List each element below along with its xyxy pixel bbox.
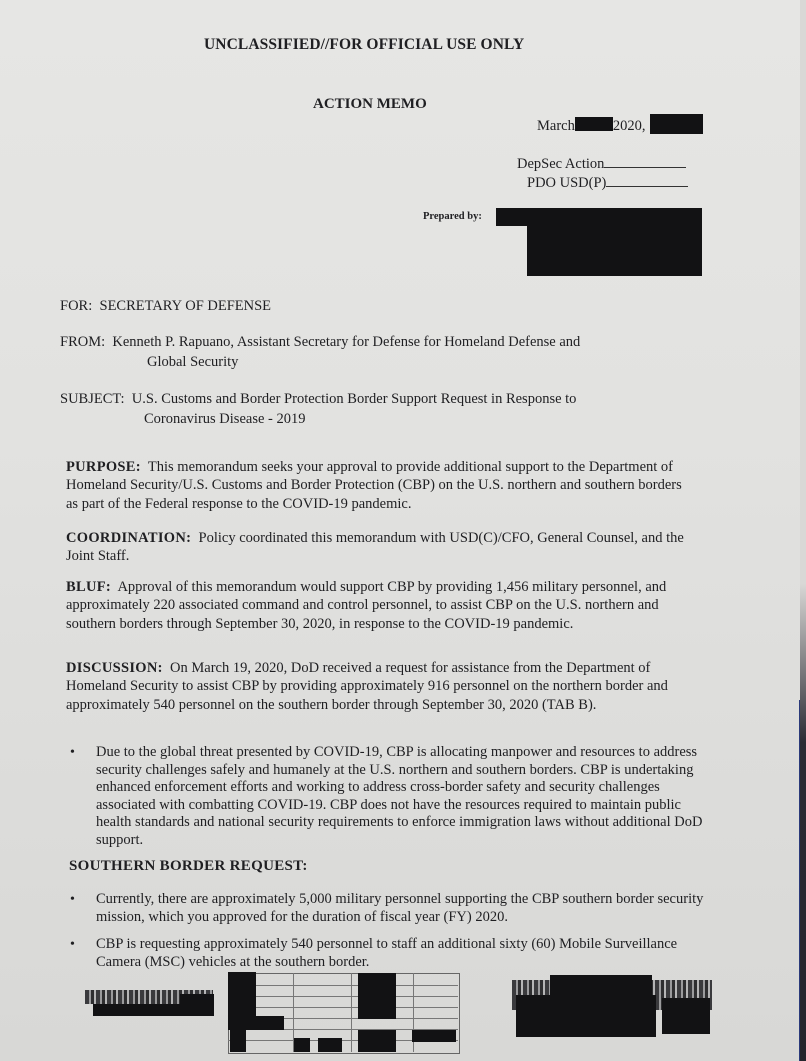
bluf-text: Approval of this memorandum would suppor…	[66, 579, 666, 632]
section-purpose: PURPOSE: This memorandum seeks your appr…	[66, 458, 686, 513]
memo-type-title: ACTION MEMO	[313, 96, 427, 113]
prepared-by-label: Prepared by:	[423, 211, 482, 222]
routing-pdo-blank	[606, 174, 688, 187]
bullet-icon: •	[70, 936, 75, 954]
date-month: March	[537, 118, 575, 134]
southern-bullet-1: • Currently, there are approximately 5,0…	[70, 891, 710, 926]
subject-line1: U.S. Customs and Border Protection Borde…	[132, 391, 577, 407]
routing-depsec-label: DepSec Action	[517, 156, 604, 172]
date-year: 2020,	[613, 118, 646, 134]
footer-redaction-left-2	[180, 994, 214, 1016]
field-for: FOR: SECRETARY OF DEFENSE	[60, 296, 271, 316]
grid-line	[228, 985, 458, 986]
field-subject: SUBJECT: U.S. Customs and Border Protect…	[60, 389, 576, 429]
footer-table-redaction	[228, 1016, 284, 1030]
grid-line	[351, 973, 352, 1052]
from-line1: Kenneth P. Rapuano, Assistant Secretary …	[112, 334, 580, 350]
prepared-by-redaction-2	[527, 224, 702, 276]
purpose-heading: PURPOSE:	[66, 459, 141, 475]
for-value: SECRETARY OF DEFENSE	[100, 298, 272, 314]
footer-table-redaction	[294, 1038, 310, 1052]
grid-line	[228, 996, 458, 997]
routing-pdo: PDO USD(P)	[527, 174, 688, 192]
from-line2: Global Security	[60, 352, 580, 372]
memo-date: March2020,	[537, 117, 645, 135]
southern-bullet-2-text: CBP is requesting approximately 540 pers…	[96, 936, 710, 971]
subject-label: SUBJECT:	[60, 391, 125, 407]
subject-line2: Coronavirus Disease - 2019	[60, 409, 576, 429]
for-label: FOR:	[60, 298, 92, 314]
field-from: FROM: Kenneth P. Rapuano, Assistant Secr…	[60, 332, 580, 372]
section-bluf: BLUF: Approval of this memorandum would …	[66, 578, 686, 633]
southern-bullet-2: • CBP is requesting approximately 540 pe…	[70, 936, 710, 971]
date-trailing-redaction	[650, 114, 703, 134]
routing-depsec: DepSec Action	[517, 155, 686, 173]
discussion-bullet-text: Due to the global threat presented by CO…	[96, 744, 710, 850]
routing-depsec-blank	[604, 155, 686, 168]
classification-marking: UNCLASSIFIED//FOR OFFICIAL USE ONLY	[204, 36, 524, 54]
section-discussion: DISCUSSION: On March 19, 2020, DoD recei…	[66, 659, 686, 714]
section-coordination: COORDINATION: Policy coordinated this me…	[66, 529, 686, 566]
footer-table-redaction	[230, 1030, 246, 1052]
southern-border-heading: SOUTHERN BORDER REQUEST:	[69, 858, 308, 875]
from-label: FROM:	[60, 334, 105, 350]
memo-page: UNCLASSIFIED//FOR OFFICIAL USE ONLY ACTI…	[0, 0, 800, 1061]
footer-table-redaction	[358, 1030, 396, 1052]
routing-pdo-label: PDO USD(P)	[527, 175, 606, 191]
southern-bullet-1-text: Currently, there are approximately 5,000…	[96, 891, 710, 926]
bullet-icon: •	[70, 891, 75, 909]
bullet-icon: •	[70, 744, 75, 762]
grid-line	[228, 1007, 458, 1008]
footer-redaction-right-3	[662, 998, 710, 1034]
footer-table-redaction	[358, 973, 396, 1019]
coordination-heading: COORDINATION:	[66, 530, 191, 546]
footer-table-redaction	[318, 1038, 342, 1052]
footer-table-redaction	[412, 1030, 456, 1042]
discussion-heading: DISCUSSION:	[66, 660, 163, 676]
bluf-heading: BLUF:	[66, 579, 111, 595]
footer-redaction-right-2	[516, 995, 656, 1037]
discussion-bullet: • Due to the global threat presented by …	[70, 744, 710, 850]
monitor-bezel	[800, 0, 806, 1061]
monitor-bezel-edge	[799, 700, 800, 1061]
purpose-text: This memorandum seeks your approval to p…	[66, 459, 682, 512]
date-day-redaction	[575, 117, 613, 131]
